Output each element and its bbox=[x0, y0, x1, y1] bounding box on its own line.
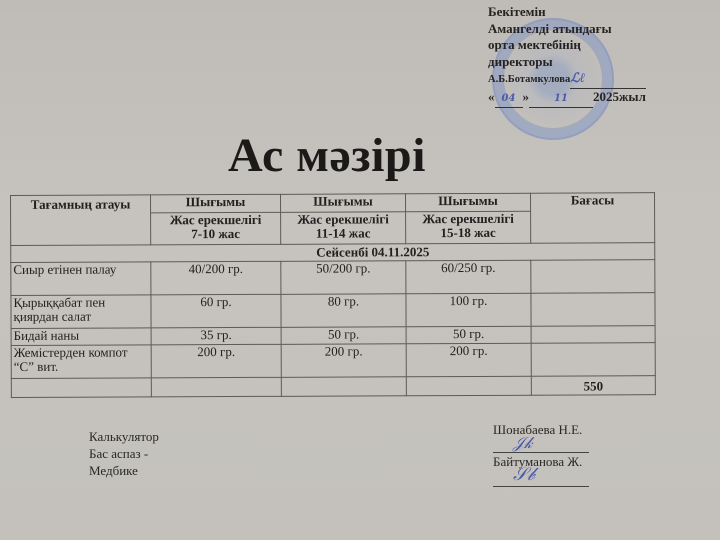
director-name: А.Б.Ботамкулова bbox=[488, 74, 570, 85]
approval-month: 11 bbox=[554, 93, 568, 104]
header-output-2: Шығымы bbox=[280, 194, 405, 213]
portion-15-18: 100 гр. bbox=[406, 293, 531, 327]
table-row: Сиыр етінен палау 40/200 гр. 50/200 гр. … bbox=[11, 260, 655, 296]
total-row: 550 bbox=[11, 376, 655, 398]
portion-11-14: 80 гр. bbox=[281, 294, 406, 328]
director-signature-line: ℒℓ bbox=[570, 70, 646, 89]
empty-cell bbox=[11, 378, 151, 398]
signer-1: Шонабаева Н.Е. bbox=[493, 421, 589, 438]
approval-line: Бекітемін bbox=[488, 4, 646, 21]
signature-icon: 𝒮𝒷 bbox=[513, 466, 535, 483]
portion-15-18: 200 гр. bbox=[406, 343, 531, 377]
table-row: Жемістерден компот “С” вит. 200 гр. 200 … bbox=[11, 343, 655, 379]
header-output-1: Шығымы bbox=[151, 194, 281, 213]
approval-year: 2025жыл bbox=[593, 89, 646, 104]
dish-name: Сиыр етінен палау bbox=[11, 262, 151, 296]
empty-cell bbox=[406, 376, 531, 396]
header-age-1: Жас ерекшелігі7-10 жас bbox=[151, 212, 281, 245]
age-group-3: 15-18 жас bbox=[440, 225, 495, 240]
header-output-3: Шығымы bbox=[405, 193, 530, 212]
header-age-3: Жас ерекшелігі15-18 жас bbox=[406, 211, 531, 244]
signature-line-2: 𝒮𝒷 bbox=[493, 470, 589, 487]
footer-signers: Шонабаева Н.Е. 𝒥𝓀 Байтуманова Ж. 𝒮𝒷 bbox=[493, 421, 589, 487]
signature-icon: 𝒥𝓀 bbox=[513, 434, 533, 451]
empty-cell bbox=[151, 377, 281, 397]
portion-15-18: 50 гр. bbox=[406, 326, 531, 344]
portion-11-14: 50/200 гр. bbox=[281, 261, 406, 295]
price-cell bbox=[531, 293, 655, 327]
signature-icon: ℒℓ bbox=[570, 71, 585, 86]
portion-7-10: 35 гр. bbox=[151, 327, 281, 345]
dish-name: Қырыққабат пен қиярдан салат bbox=[11, 295, 151, 329]
approval-day: 04 bbox=[502, 93, 516, 104]
footer-roles: Калькулятор Бас аспаз - Медбике bbox=[89, 428, 159, 479]
empty-cell bbox=[281, 377, 406, 397]
role-nurse: Медбике bbox=[89, 462, 159, 479]
total-price: 550 bbox=[531, 376, 655, 396]
portion-11-14: 200 гр. bbox=[281, 344, 406, 378]
header-dish: Тағамның атауы bbox=[11, 195, 151, 246]
approval-line: директоры bbox=[488, 54, 646, 71]
portion-7-10: 60 гр. bbox=[151, 294, 281, 328]
price-cell bbox=[531, 260, 655, 294]
dish-name: Бидай наны bbox=[11, 328, 151, 346]
age-group-1: 7-10 жас bbox=[191, 226, 240, 241]
age-group-2: 11-14 жас bbox=[316, 225, 371, 240]
header-price: Бағасы bbox=[530, 193, 654, 244]
price-cell bbox=[531, 326, 655, 344]
approval-block: Бекітемін Амангелді атындағы орта мектеб… bbox=[488, 4, 646, 108]
portion-7-10: 200 гр. bbox=[151, 344, 281, 378]
menu-table: Тағамның атауы Шығымы Шығымы Шығымы Баға… bbox=[10, 192, 656, 398]
approval-line: орта мектебінің bbox=[488, 37, 646, 54]
signer-2: Байтуманова Ж. bbox=[493, 453, 589, 470]
role-head-chef: Бас аспаз - bbox=[89, 445, 159, 462]
page-title: Ас мәзірі bbox=[228, 128, 426, 183]
price-cell bbox=[531, 343, 655, 377]
role-calculator: Калькулятор bbox=[89, 428, 159, 445]
table-row: Қырыққабат пен қиярдан салат 60 гр. 80 г… bbox=[11, 293, 655, 329]
portion-7-10: 40/200 гр. bbox=[151, 261, 281, 295]
dish-name: Жемістерден компот “С” вит. bbox=[11, 345, 151, 379]
header-age-2: Жас ерекшелігі11-14 жас bbox=[281, 212, 406, 245]
signature-line-1: 𝒥𝓀 bbox=[493, 438, 589, 453]
portion-15-18: 60/250 гр. bbox=[406, 260, 531, 294]
approval-line: Амангелді атындағы bbox=[488, 21, 646, 38]
portion-11-14: 50 гр. bbox=[281, 327, 406, 345]
